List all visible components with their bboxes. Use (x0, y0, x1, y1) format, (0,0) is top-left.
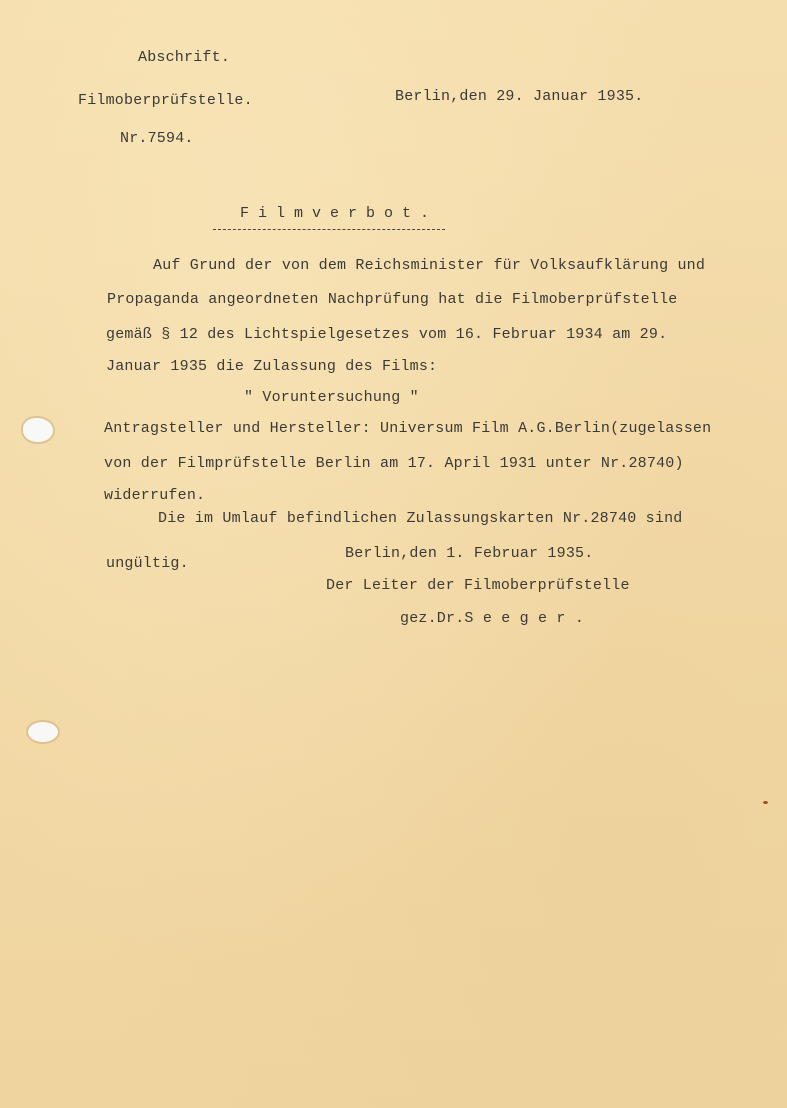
date-header: Berlin,den 29. Januar 1935. (395, 88, 643, 105)
document-title: Filmverbot. (240, 205, 438, 222)
reference-number: Nr.7594. (120, 130, 194, 147)
ink-spot (763, 801, 768, 804)
body-line-1: Auf Grund der von dem Reichsminister für… (153, 257, 705, 274)
punch-hole-top (23, 418, 53, 442)
film-title: " Voruntersuchung " (244, 389, 419, 406)
applicant-line-1: Antragsteller und Hersteller: Universum … (104, 420, 711, 437)
paper-sheet: Abschrift. Filmoberprüfstelle. Berlin,de… (0, 0, 787, 1108)
invalid-line: Die im Umlauf befindlichen Zulassungskar… (158, 510, 682, 527)
body-line-3: gemäß § 12 des Lichtspielgesetzes vom 16… (106, 326, 667, 343)
body-line-4: Januar 1935 die Zulassung des Films: (106, 358, 437, 375)
applicant-line-2: von der Filmprüfstelle Berlin am 17. Apr… (104, 455, 684, 472)
title-underline (213, 229, 445, 230)
signature: gez.Dr.S e e g e r . (400, 610, 584, 627)
closing-date: Berlin,den 1. Februar 1935. (345, 545, 593, 562)
invalid-end: ungültig. (106, 555, 189, 572)
body-line-2: Propaganda angeordneten Nachprüfung hat … (107, 291, 678, 308)
punch-hole-bottom (28, 722, 58, 742)
copy-mark: Abschrift. (138, 49, 230, 66)
applicant-line-3: widerrufen. (104, 487, 205, 504)
office-name: Filmoberprüfstelle. (78, 92, 253, 109)
signatory-title: Der Leiter der Filmoberprüfstelle (326, 577, 630, 594)
